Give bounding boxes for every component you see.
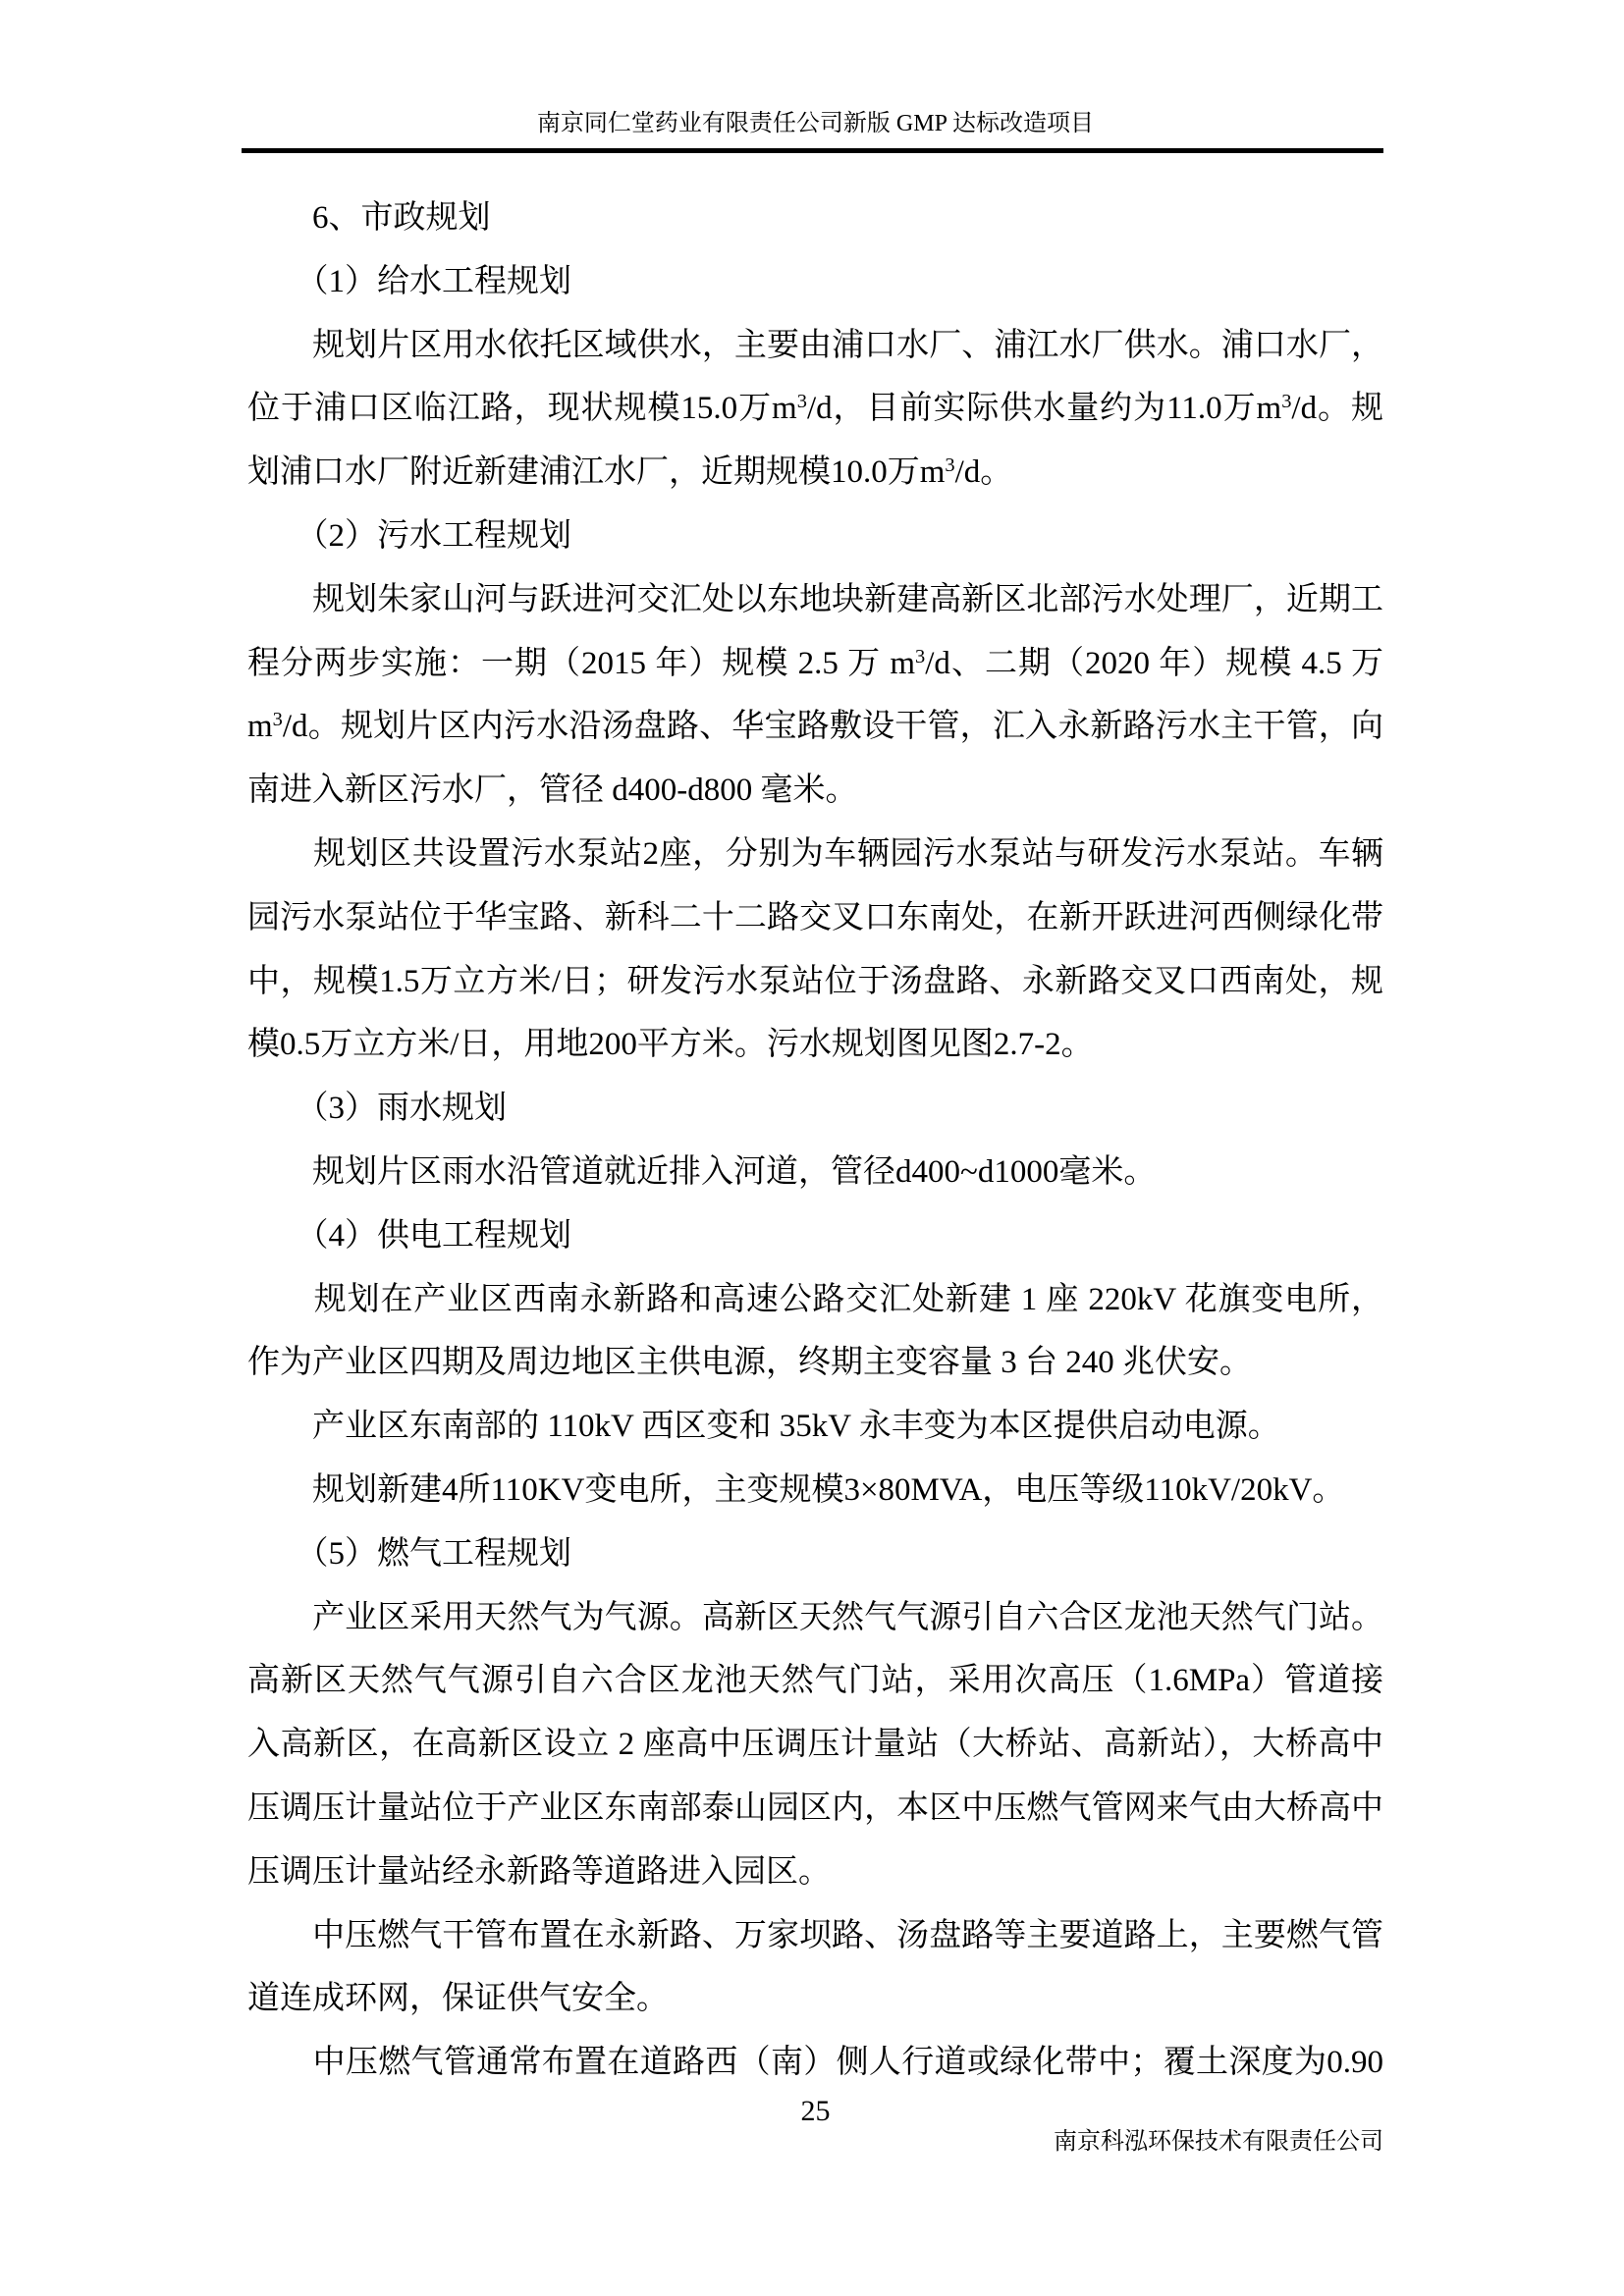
- text-line: （2）污水工程规划: [247, 505, 1383, 568]
- text-line: （3）雨水规划: [247, 1077, 1383, 1141]
- header-title: 南京同仁堂药业有限责任公司新版 GMP 达标改造项目: [247, 110, 1383, 138]
- text-line: 道连成环网，保证供气安全。: [247, 1967, 1383, 2031]
- superscript-3: 3: [273, 709, 283, 730]
- text-line: 产业区采用天然气为气源。高新区天然气气源引自六合区龙池天然气门站。: [247, 1586, 1383, 1650]
- document-page: 南京同仁堂药业有限责任公司新版 GMP 达标改造项目 6、市政规划 （1）给水工…: [0, 0, 1624, 2296]
- text-line: 中压燃气干管布置在永新路、万家坝路、汤盘路等主要道路上，主要燃气管: [247, 1904, 1383, 1968]
- text-line: （5）燃气工程规划: [247, 1522, 1383, 1586]
- text-line: 规划朱家山河与跃进河交汇处以东地块新建高新区北部污水处理厂，近期工: [247, 568, 1383, 632]
- text-line: 规划在产业区西南永新路和高速公路交汇处新建 1 座 220kV 花旗变电所，: [247, 1268, 1383, 1332]
- text-line: 南进入新区污水厂，管径 d400-d800 毫米。: [247, 759, 1383, 823]
- text-line: 规划片区雨水沿管道就近排入河道，管径d400~d1000毫米。: [247, 1141, 1383, 1204]
- text-line: 园污水泵站位于华宝路、新科二十二路交叉口东南处，在新开跃进河西侧绿化带: [247, 886, 1383, 950]
- body-lines: 6、市政规划 （1）给水工程规划 规划片区用水依托区域供水，主要由浦口水厂、浦江…: [247, 187, 1383, 2095]
- text-line: 压调压计量站经永新路等道路进入园区。: [247, 1841, 1383, 1904]
- text-line: 压调压计量站位于产业区东南部泰山园区内，本区中压燃气管网来气由大桥高中: [247, 1777, 1383, 1841]
- text-line: 作为产业区四期及周边地区主供电源，终期主变容量 3 台 240 兆伏安。: [247, 1331, 1383, 1395]
- text-line: （4）供电工程规划: [247, 1204, 1383, 1268]
- text-line: 程分两步实施：一期（2015 年）规模 2.5 万 m3/d、二期（2020 年…: [247, 632, 1383, 696]
- text-line: 规划片区用水依托区域供水，主要由浦口水厂、浦江水厂供水。浦口水厂，: [247, 314, 1383, 378]
- text-line: 中压燃气管通常布置在道路西（南）侧人行道或绿化带中；覆土深度为0.90: [247, 2031, 1383, 2095]
- text-line: 规划区共设置污水泵站2座，分别为车辆园污水泵站与研发污水泵站。车辆: [247, 823, 1383, 886]
- text-line: m3/d。规划片区内污水沿汤盘路、华宝路敷设干管，汇入永新路污水主干管，向: [247, 695, 1383, 759]
- text-line: 位于浦口区临江路，现状规模15.0万m3/d，目前实际供水量约为11.0万m3/…: [247, 377, 1383, 441]
- text-line: 划浦口水厂附近新建浦江水厂，近期规模10.0万m3/d。: [247, 441, 1383, 505]
- text-line: 6、市政规划: [247, 187, 1383, 250]
- text-line: （1）给水工程规划: [247, 250, 1383, 314]
- page-number: 25: [247, 2097, 1383, 2126]
- text-line: 模0.5万立方米/日，用地200平方米。污水规划图见图2.7-2。: [247, 1013, 1383, 1077]
- superscript-3: 3: [945, 454, 954, 476]
- text-line: 产业区东南部的 110kV 西区变和 35kV 永丰变为本区提供启动电源。: [247, 1395, 1383, 1459]
- superscript-3: 3: [915, 645, 925, 667]
- text-line: 中，规模1.5万立方米/日；研发污水泵站位于汤盘路、永新路交叉口西南处，规: [247, 950, 1383, 1014]
- header-rule: [242, 148, 1383, 153]
- footer-company: 南京科泓环保技术有限责任公司: [247, 2128, 1383, 2157]
- superscript-3: 3: [1281, 391, 1291, 412]
- text-line: 规划新建4所110KV变电所，主变规模3×80MVA，电压等级110kV/20k…: [247, 1459, 1383, 1522]
- text-line: 高新区天然气气源引自六合区龙池天然气门站，采用次高压（1.6MPa）管道接: [247, 1649, 1383, 1713]
- text-line: 入高新区，在高新区设立 2 座高中压调压计量站（大桥站、高新站），大桥高中: [247, 1713, 1383, 1777]
- superscript-3: 3: [797, 391, 807, 412]
